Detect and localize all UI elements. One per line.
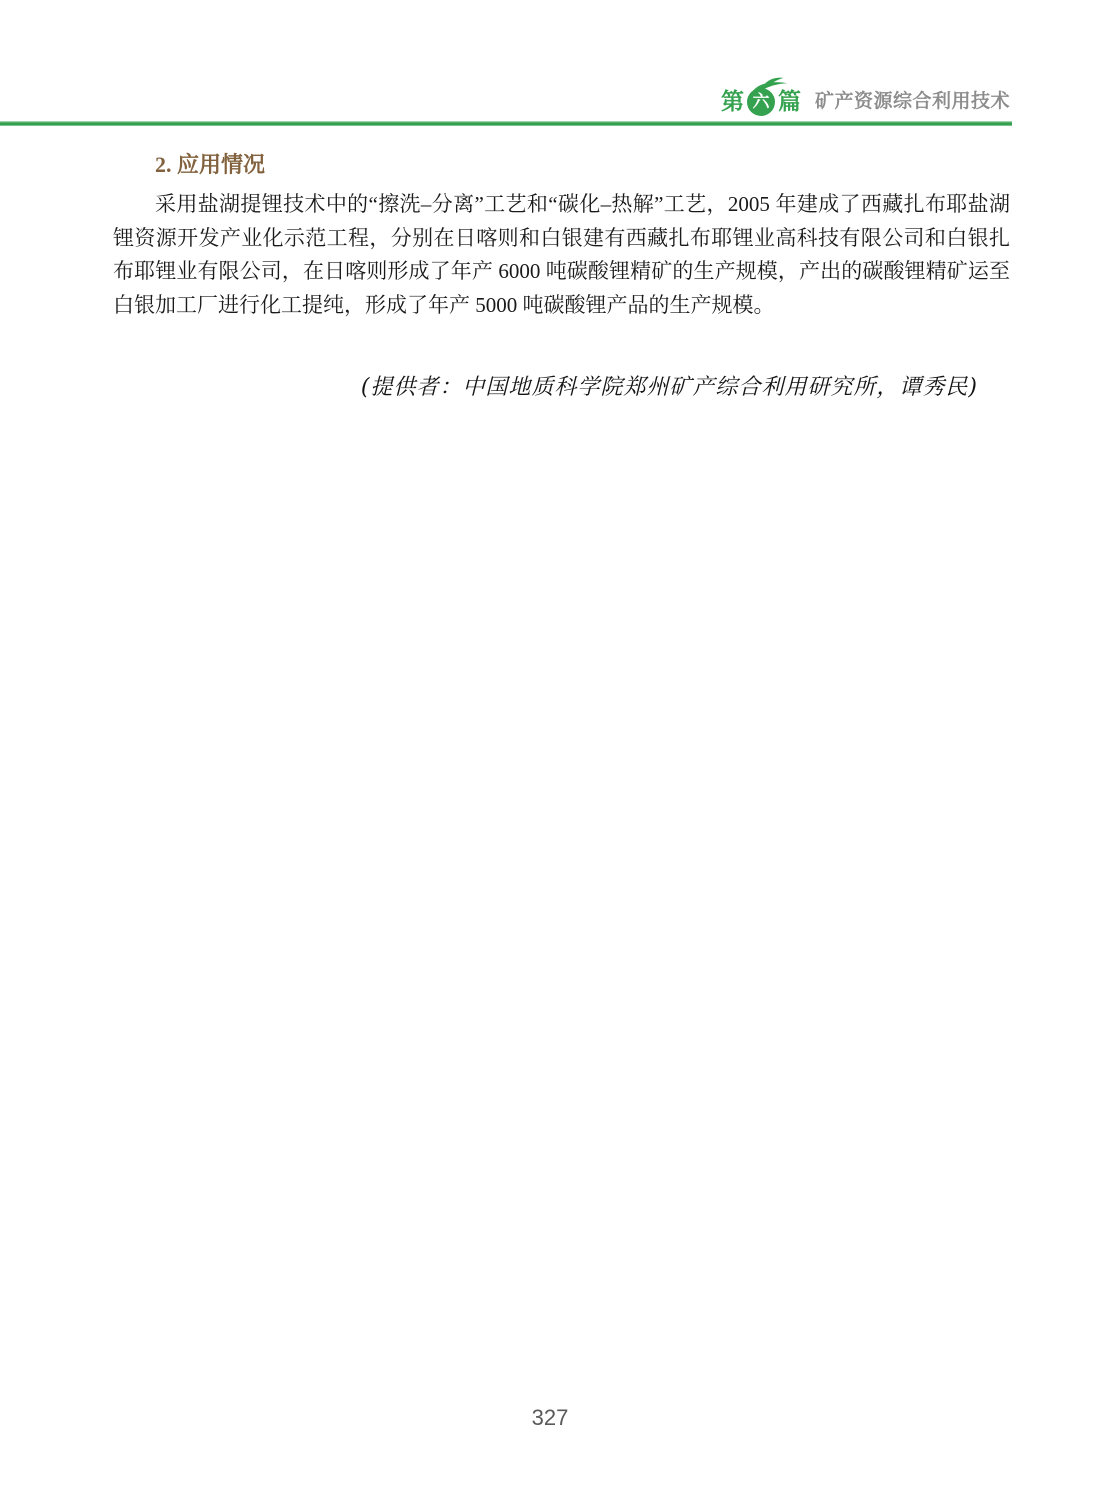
- section-paragraph: 采用盐湖提锂技术中的“擦洗–分离”工艺和“碳化–热解”工艺，2005 年建成了西…: [113, 188, 1010, 322]
- attribution-line: (提供者：中国地质科学院郑州矿产综合利用研究所，谭秀民): [113, 370, 1010, 401]
- section-heading: 2. 应用情况: [155, 152, 1010, 178]
- page-number: 327: [0, 1405, 1100, 1431]
- document-page: 第 六 篇 矿产资源综合利用技术 2. 应用情况 采用盐湖提锂技术中的“擦洗–分…: [0, 0, 1100, 1493]
- main-content: 2. 应用情况 采用盐湖提锂技术中的“擦洗–分离”工艺和“碳化–热解”工艺，20…: [113, 0, 1010, 401]
